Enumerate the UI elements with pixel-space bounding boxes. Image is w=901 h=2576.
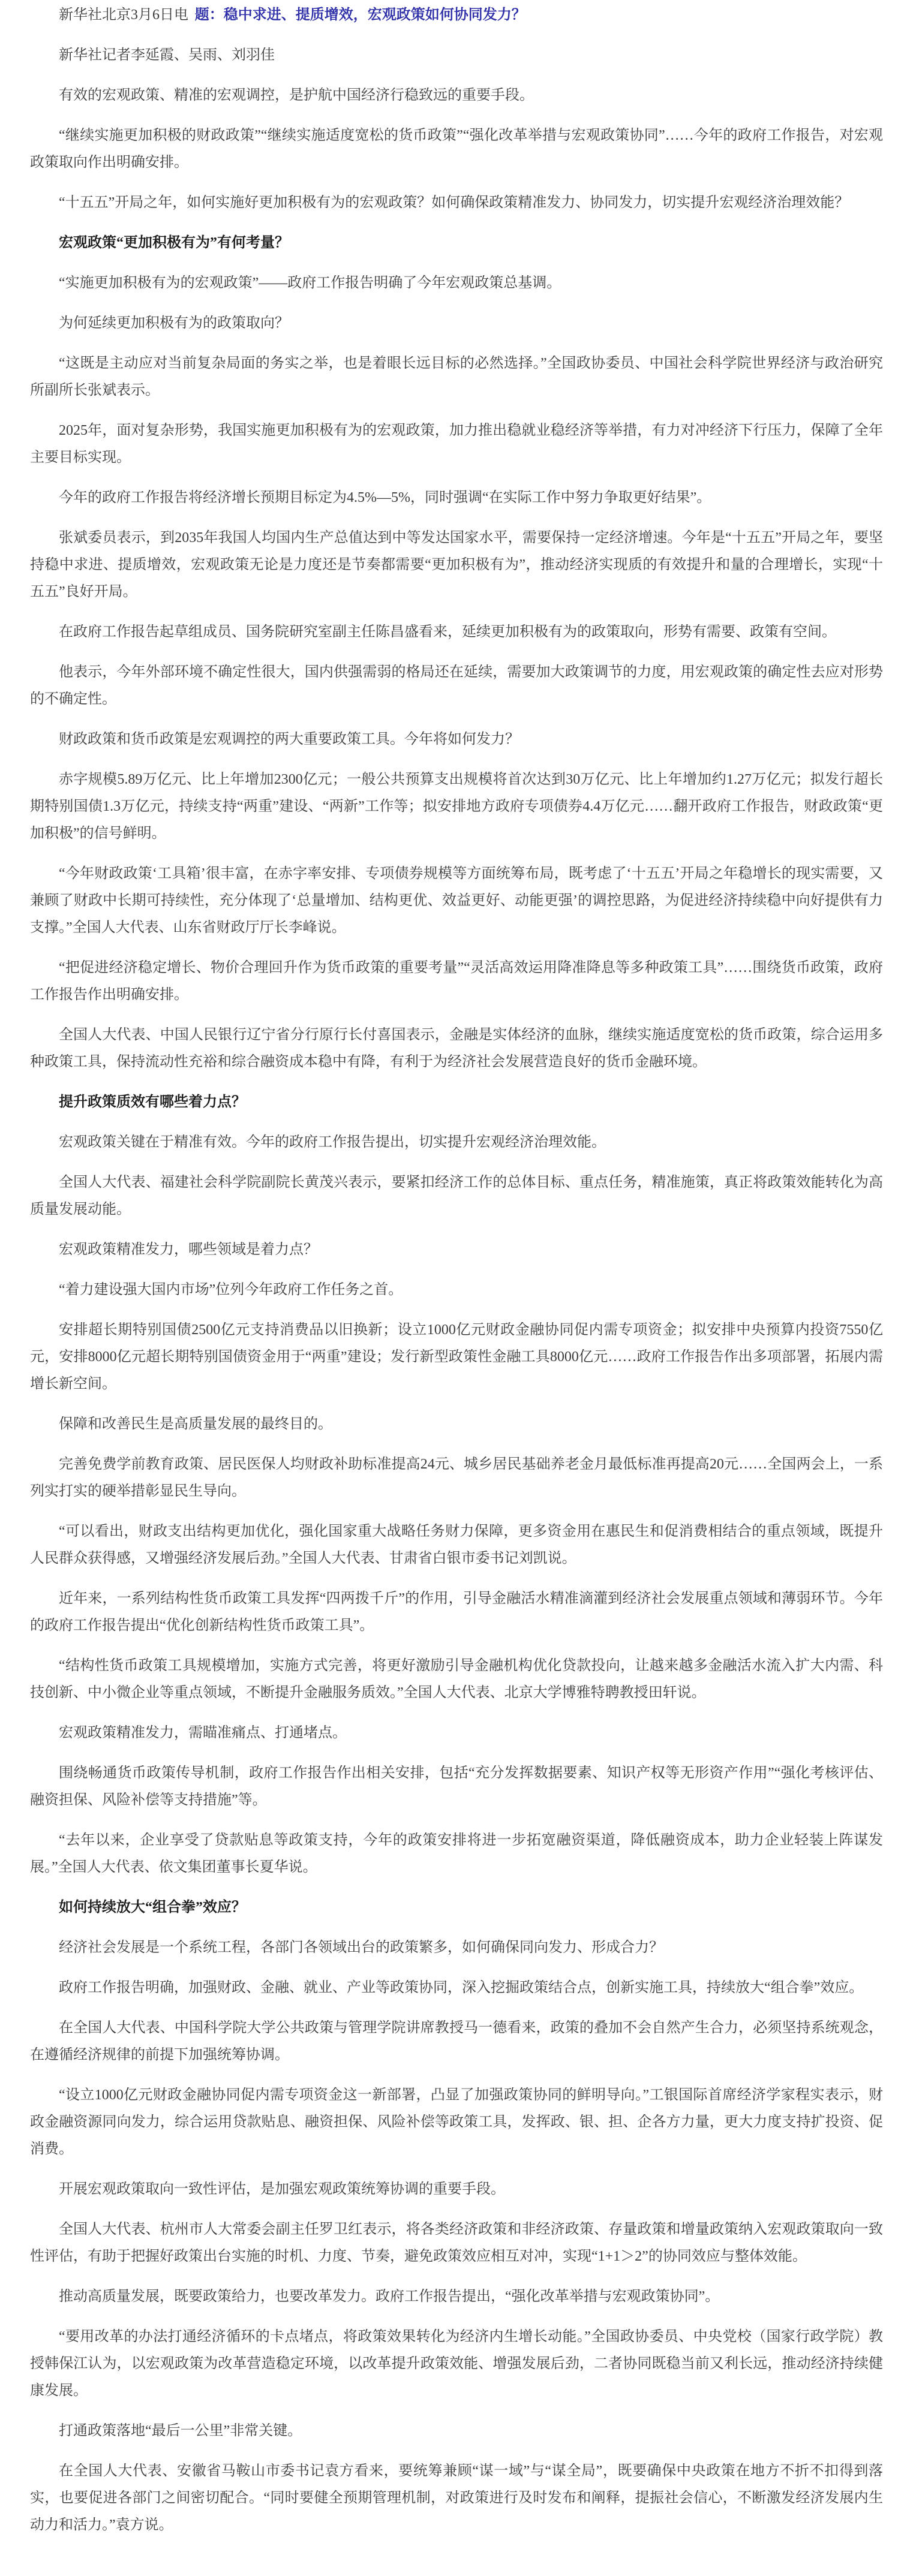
paragraph: 在全国人大代表、中国科学院大学公共政策与管理学院讲席教授马一德看来，政策的叠加不… <box>30 2015 883 2069</box>
paragraph: 张斌委员表示，到2035年我国人均国内生产总值达到中等发达国家水平，需要保持一定… <box>30 525 883 606</box>
headline-title: 题：稳中求进、提质增效，宏观政策如何协同发力？ <box>195 7 526 23</box>
paragraph: 围绕畅通货币政策传导机制，政府工作报告作出相关安排，包括“充分发挥数据要素、知识… <box>30 1760 883 1814</box>
paragraph: 宏观政策精准发力，哪些领域是着力点？ <box>30 1236 883 1263</box>
paragraph: 经济社会发展是一个系统工程，各部门各领域出台的政策繁多，如何确保同向发力、形成合… <box>30 1934 883 1961</box>
paragraph: “把促进经济稳定增长、物价合理回升作为货币政策的重要考量”“灵活高效运用降准降息… <box>30 955 883 1009</box>
paragraph: 为何延续更加积极有为的政策取向？ <box>30 310 883 337</box>
paragraph: 全国人大代表、杭州市人大常委会副主任罗卫红表示，将各类经济政策和非经济政策、存量… <box>30 2216 883 2270</box>
paragraph: 财政政策和货币政策是宏观调控的两大重要政策工具。今年将如何发力？ <box>30 726 883 753</box>
dateline-text: 新华社北京3月6日电 <box>59 7 188 23</box>
paragraph: 保障和改善民生是高质量发展的最终目的。 <box>30 1411 883 1438</box>
paragraph: “要用改革的办法打通经济循环的卡点堵点，将政策效果转化为经济内生增长动能。”全国… <box>30 2324 883 2405</box>
section-heading: 提升政策质效有哪些着力点？ <box>30 1089 883 1116</box>
paragraph: 全国人大代表、福建社会科学院副院长黄茂兴表示，要紧扣经济工作的总体目标、重点任务… <box>30 1169 883 1223</box>
paragraph: “今年财政政策‘工具箱’很丰富，在赤字率安排、专项债券规模等方面统筹布局，既考虑… <box>30 860 883 941</box>
paragraph: 今年的政府工作报告将经济增长预期目标定为4.5%—5%，同时强调“在实际工作中努… <box>30 484 883 511</box>
paragraph: 推动高质量发展，既要政策给力，也要改革发力。政府工作报告提出，“强化改革举措与宏… <box>30 2283 883 2310</box>
paragraph: “十五五”开局之年，如何实施好更加积极有为的宏观政策？如何确保政策精准发力、协同… <box>30 189 883 216</box>
paragraph: “实施更加积极有为的宏观政策”——政府工作报告明确了今年宏观政策总基调。 <box>30 270 883 297</box>
section-heading: 宏观政策“更加积极有为”有何考量？ <box>30 230 883 257</box>
paragraph: “设立1000亿元财政金融协同促内需专项资金这一新部署，凸显了加强政策协同的鲜明… <box>30 2082 883 2163</box>
paragraph: 在政府工作报告起草组成员、国务院研究室副主任陈昌盛看来，延续更加积极有为的政策取… <box>30 619 883 646</box>
byline: 新华社记者李延霞、吴雨、刘羽佳 <box>30 42 883 69</box>
paragraph: 他表示，今年外部环境不确定性很大，国内供强需弱的格局还在延续，需要加大政策调节的… <box>30 659 883 713</box>
paragraph: 安排超长期特别国债2500亿元支持消费品以旧换新；设立1000亿元财政金融协同促… <box>30 1317 883 1398</box>
paragraph: 有效的宏观政策、精准的宏观调控，是护航中国经济行稳致远的重要手段。 <box>30 82 883 109</box>
paragraph: “可以看出，财政支出结构更加优化，强化国家重大战略任务财力保障，更多资金用在惠民… <box>30 1518 883 1572</box>
paragraph: 2025年，面对复杂形势，我国实施更加积极有为的宏观政策，加力推出稳就业稳经济等… <box>30 417 883 471</box>
paragraph: “这既是主动应对当前复杂局面的务实之举，也是着眼长远目标的必然选择。”全国政协委… <box>30 350 883 404</box>
paragraph: 打通政策落地“最后一公里”非常关键。 <box>30 2418 883 2445</box>
paragraph: 赤字规模5.89万亿元、比上年增加2300亿元；一般公共预算支出规模将首次达到3… <box>30 766 883 847</box>
article-headline: 新华社北京3月6日电题：稳中求进、提质增效，宏观政策如何协同发力？ <box>30 2 883 29</box>
paragraph: 政府工作报告明确，加强财政、金融、就业、产业等政策协同，深入挖掘政策结合点，创新… <box>30 1975 883 2002</box>
paragraph: 开展宏观政策取向一致性评估，是加强宏观政策统筹协调的重要手段。 <box>30 2176 883 2203</box>
article-page: 新华社北京3月6日电题：稳中求进、提质增效，宏观政策如何协同发力？ 新华社记者李… <box>0 0 901 2576</box>
paragraph: “继续实施更加积极的财政政策”“继续实施适度宽松的货币政策”“强化改革举措与宏观… <box>30 122 883 176</box>
paragraph: “去年以来，企业享受了贷款贴息等政策支持，今年的政策安排将进一步拓宽融资渠道，降… <box>30 1827 883 1881</box>
paragraph: 宏观政策关键在于精准有效。今年的政府工作报告提出，切实提升宏观经济治理效能。 <box>30 1129 883 1156</box>
paragraph: 宏观政策精准发力，需瞄准痛点、打通堵点。 <box>30 1720 883 1747</box>
section-heading: 如何持续放大“组合拳”效应？ <box>30 1894 883 1921</box>
paragraph: “结构性货币政策工具规模增加，实施方式完善，将更好激励引导金融机构优化贷款投向，… <box>30 1653 883 1707</box>
paragraph: “着力建设强大国内市场”位列今年政府工作任务之首。 <box>30 1277 883 1304</box>
paragraph: 近年来，一系列结构性货币政策工具发挥“四两拨千斤”的作用，引导金融活水精准滴灌到… <box>30 1585 883 1639</box>
paragraph: 全国人大代表、中国人民银行辽宁省分行原行长付喜国表示，金融是实体经济的血脉，继续… <box>30 1022 883 1076</box>
paragraph: 完善免费学前教育政策、居民医保人均财政补助标准提高24元、城乡居民基础养老金月最… <box>30 1451 883 1505</box>
paragraph: 在全国人大代表、安徽省马鞍山市委书记袁方看来，要统筹兼顾“谋一域”与“谋全局”，… <box>30 2458 883 2539</box>
